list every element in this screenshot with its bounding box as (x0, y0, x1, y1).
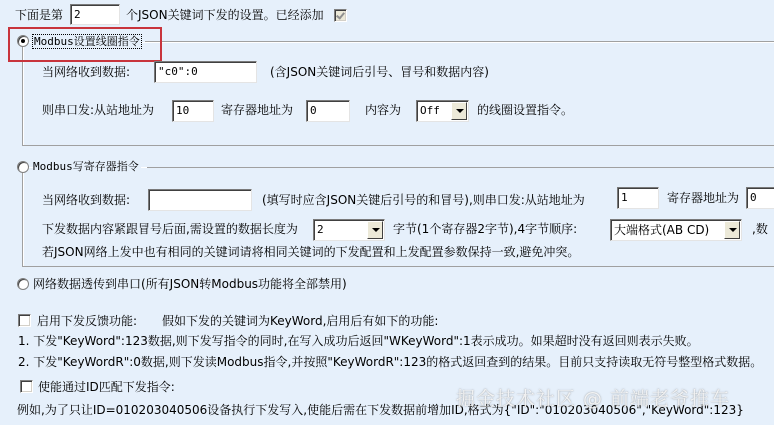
coil-recv-label: 当网络收到数据: (42, 64, 130, 80)
feedback-description: 假如下发的关键词为KeyWord,启用后有如下的功能: (162, 313, 438, 329)
coil-content-select[interactable]: Off (416, 100, 469, 122)
added-checkbox[interactable] (334, 9, 347, 22)
coil-recv-hint: (含JSON关键词后引号、冒号和数据内容) (270, 64, 489, 80)
register-recv-input[interactable] (148, 189, 252, 211)
register-order-suffix: ,数 (752, 221, 768, 237)
coil-reg-addr-input[interactable]: 0 (306, 100, 350, 122)
coil-reg-label: 寄存器地址为 (221, 102, 293, 118)
coil-recv-input[interactable]: "c0":0 (154, 61, 257, 83)
coil-groupbox (22, 42, 774, 146)
coil-radio-text: Modbus设置线圈指令 (33, 35, 141, 48)
id-match-checkbox-label[interactable]: 使能通过ID匹配下发指令: (38, 379, 175, 395)
register-groupbox-top-line (147, 167, 774, 168)
feedback-item-1: 1. 下发"KeyWord":123数据,则下发写指令的同时,在写入成功后返回"… (18, 333, 699, 349)
register-order-value: 大端格式(AB CD) (614, 223, 709, 237)
id-match-checkbox[interactable] (20, 380, 33, 393)
coil-content-value: Off (420, 104, 440, 117)
register-len-prefix: 下发数据内容紧跟冒号后面,需设置的数据长度为 (42, 221, 298, 237)
json-index-input[interactable]: 2 (70, 4, 120, 25)
coil-send-suffix: 的线圈设置指令。 (477, 102, 573, 118)
register-slave-addr-input[interactable]: 1 (617, 187, 659, 209)
register-recv-hint: (填写时应含JSON关键后引号的和冒号),则串口发:从站地址为 (262, 192, 585, 208)
feedback-item-2: 2. 下发"KeyWordR":0数据,则下发读Modbus指令,并按照"Key… (18, 354, 762, 370)
register-reg-label: 寄存器地址为 (667, 190, 739, 206)
feedback-checkbox-label[interactable]: 启用下发反馈功能: (37, 313, 137, 329)
chevron-down-icon[interactable] (451, 102, 467, 120)
chevron-down-icon[interactable] (724, 221, 740, 239)
register-recv-label: 当网络收到数据: (42, 192, 130, 208)
coil-radio-label[interactable]: Modbus设置线圈指令 (33, 33, 141, 50)
feedback-checkbox[interactable] (18, 314, 31, 327)
coil-slave-addr-input[interactable]: 10 (172, 100, 214, 122)
register-len-select[interactable]: 2 (313, 219, 385, 241)
register-note: 若JSON网络上发中也有相同的关键词请将相同关键词的下发配置和上发配置参数保持一… (42, 244, 579, 260)
coil-content-label: 内容为 (365, 102, 401, 118)
register-order-select[interactable]: 大端格式(AB CD) (610, 219, 742, 241)
register-reg-addr-input[interactable]: 0 (746, 187, 774, 209)
watermark: 掘金技术社区 @ 前端老爷推车 (456, 384, 730, 411)
header-suffix: 个JSON关键词下发的设置。已经添加 (126, 7, 324, 23)
register-len-suffix: 字节(1个寄存器2字节),4字节顺序: (393, 221, 577, 237)
chevron-down-icon[interactable] (367, 221, 383, 239)
coil-radio[interactable] (17, 35, 29, 47)
coil-send-prefix: 则串口发:从站地址为 (42, 102, 154, 118)
passthrough-radio-label[interactable]: 网络数据透传到串口(所有JSON转Modbus功能将全部禁用) (33, 276, 347, 292)
register-radio[interactable] (17, 161, 29, 173)
register-radio-label[interactable]: Modbus写寄存器指令 (33, 159, 141, 175)
register-len-value: 2 (317, 223, 324, 236)
header-prefix: 下面是第 (15, 7, 63, 23)
passthrough-radio[interactable] (17, 278, 29, 290)
